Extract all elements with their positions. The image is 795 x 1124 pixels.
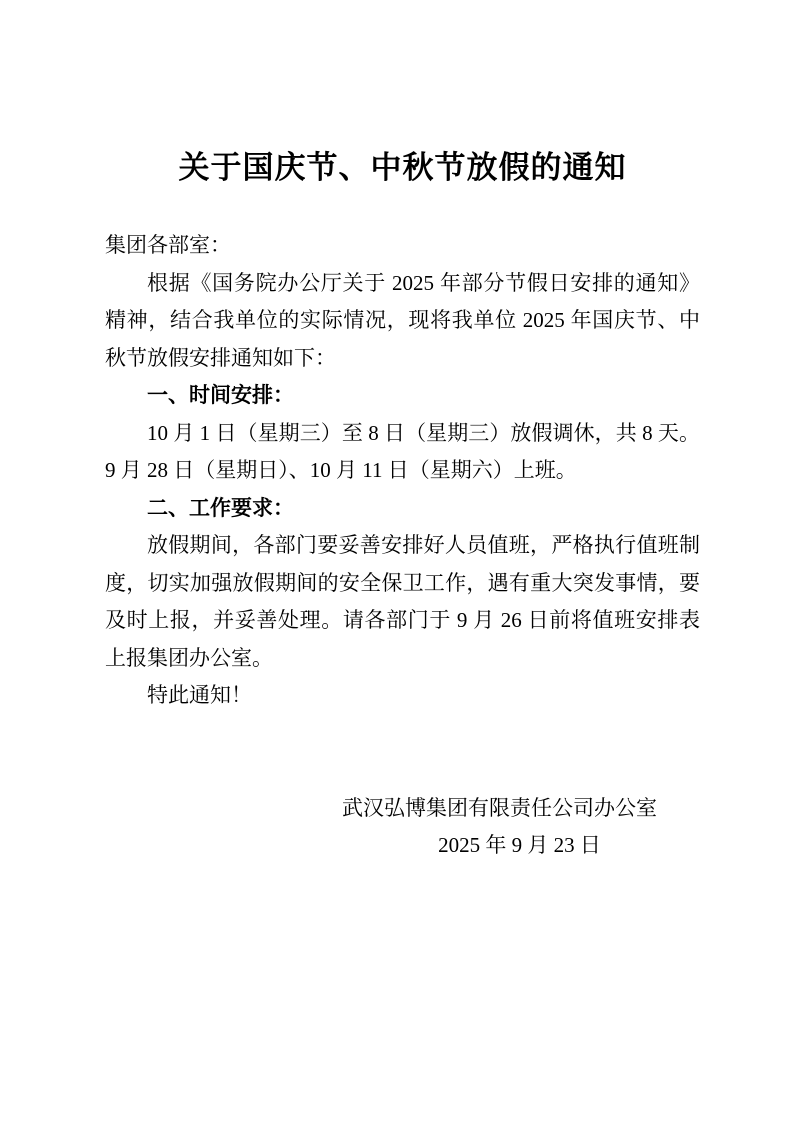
intro-paragraph: 根据《国务院办公厅关于 2025 年部分节假日安排的通知》精神，结合我单位的实际… [105, 265, 700, 378]
section-1-body: 10 月 1 日（星期三）至 8 日（星期三）放假调休，共 8 天。9 月 28… [105, 415, 700, 490]
signature-block: 武汉弘博集团有限责任公司办公室 2025 年 9 月 23 日 [105, 790, 700, 865]
signature-inner: 武汉弘博集团有限责任公司办公室 2025 年 9 月 23 日 [342, 790, 657, 865]
section-1-heading: 一、时间安排： [105, 377, 700, 415]
greeting-line: 集团各部室： [105, 227, 700, 265]
document-title: 关于国庆节、中秋节放假的通知 [105, 142, 700, 194]
section-2-body: 放假期间，各部门要妥善安排好人员值班，严格执行值班制度，切实加强放假期间的安全保… [105, 527, 700, 677]
document-content: 关于国庆节、中秋节放假的通知 集团各部室： 根据《国务院办公厅关于 2025 年… [105, 0, 700, 865]
document-page: 关于国庆节、中秋节放假的通知 集团各部室： 根据《国务院办公厅关于 2025 年… [0, 0, 795, 1124]
section-2-heading: 二、工作要求： [105, 490, 700, 528]
signature-organization: 武汉弘博集团有限责任公司办公室 [342, 790, 657, 828]
closing-line: 特此通知！ [105, 677, 700, 715]
signature-date: 2025 年 9 月 23 日 [362, 827, 677, 865]
